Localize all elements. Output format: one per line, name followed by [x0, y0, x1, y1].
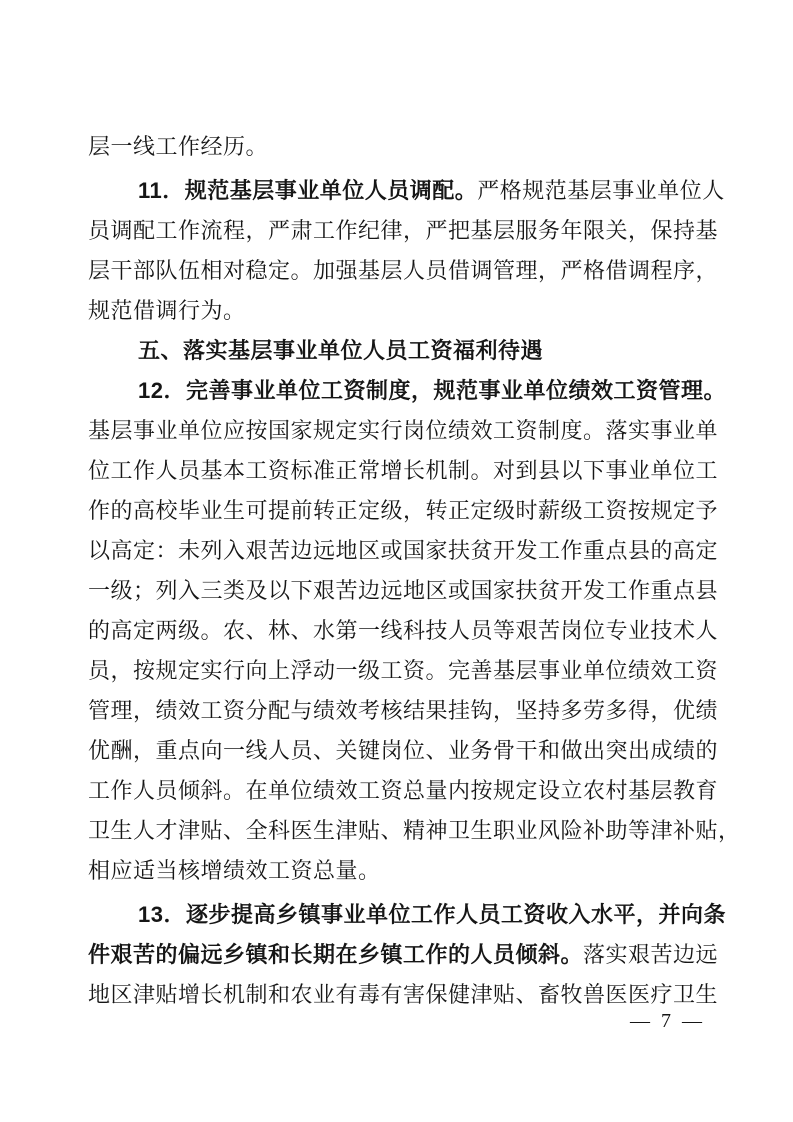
- text-line: 以高定：未列入艰苦边远地区或国家扶贫开发工作重点县的高定: [88, 531, 728, 571]
- text-segment: 层一线工作经历。: [88, 134, 268, 159]
- text-segment: 落实艰苦边远: [583, 942, 718, 967]
- document-page: 层一线工作经历。11．规范基层事业单位人员调配。严格规范基层事业单位人员调配工作…: [0, 0, 793, 1122]
- page-number: — 7 —: [630, 1010, 705, 1033]
- text-line: 相应适当核增绩效工资总量。: [88, 851, 728, 891]
- text-line: 的高定两级。农、林、水第一线科技人员等艰苦岗位专业技术人: [88, 611, 728, 651]
- text-segment: 地区津贴增长机制和农业有毒有害保健津贴、畜牧兽医医疗卫生: [88, 982, 718, 1007]
- text-segment: 基层事业单位应按国家规定实行岗位绩效工资制度。落实事业单: [88, 418, 718, 443]
- text-line: 一级；列入三类及以下艰苦边远地区或国家扶贫开发工作重点县: [88, 571, 728, 611]
- text-segment: 相应适当核增绩效工资总量。: [88, 858, 381, 883]
- document-body: 层一线工作经历。11．规范基层事业单位人员调配。严格规范基层事业单位人员调配工作…: [88, 127, 728, 1015]
- text-segment: 员，按规定实行向上浮动一级工资。完善基层事业单位绩效工资: [88, 658, 718, 683]
- text-segment: 作的高校毕业生可提前转正定级，转正定级时薪级工资按规定予: [88, 498, 718, 523]
- text-segment: 一级；列入三类及以下艰苦边远地区或国家扶贫开发工作重点县: [88, 578, 718, 603]
- text-segment: 优酬，重点向一线人员、关键岗位、业务骨干和做出突出成绩的: [88, 738, 718, 763]
- text-line: 件艰苦的偏远乡镇和长期在乡镇工作的人员倾斜。落实艰苦边远: [88, 935, 728, 975]
- text-segment: 五、落实基层事业单位人员工资福利待遇: [138, 338, 543, 363]
- text-segment: 以高定：未列入艰苦边远地区或国家扶贫开发工作重点县的高定: [88, 538, 718, 563]
- text-segment: 规范借调行为。: [88, 298, 246, 323]
- text-line: 规范借调行为。: [88, 291, 728, 331]
- text-segment: 管理，绩效工资分配与绩效考核结果挂钩，坚持多劳多得，优绩: [88, 698, 718, 723]
- text-segment: 的高定两级。农、林、水第一线科技人员等艰苦岗位专业技术人: [88, 618, 718, 643]
- text-line: 12．完善事业单位工资制度，规范事业单位绩效工资管理。: [88, 371, 728, 411]
- text-line: 作的高校毕业生可提前转正定级，转正定级时薪级工资按规定予: [88, 491, 728, 531]
- text-segment: 13．逐步提高乡镇事业单位工作人员工资收入水平，并向条: [138, 902, 726, 927]
- text-segment: 员调配工作流程，严肃工作纪律，严把基层服务年限关，保持基: [88, 218, 718, 243]
- text-line: 优酬，重点向一线人员、关键岗位、业务骨干和做出突出成绩的: [88, 731, 728, 771]
- text-segment: 工作人员倾斜。在单位绩效工资总量内按规定设立农村基层教育: [88, 778, 718, 803]
- text-line: 13．逐步提高乡镇事业单位工作人员工资收入水平，并向条: [88, 895, 728, 935]
- section-heading: 五、落实基层事业单位人员工资福利待遇: [88, 331, 728, 371]
- text-line: 层干部队伍相对稳定。加强基层人员借调管理，严格借调程序，: [88, 251, 728, 291]
- text-line: 卫生人才津贴、全科医生津贴、精神卫生职业风险补助等津补贴，: [88, 811, 728, 851]
- text-segment: 严格规范基层事业单位人: [477, 178, 725, 203]
- text-line: 基层事业单位应按国家规定实行岗位绩效工资制度。落实事业单: [88, 411, 728, 451]
- text-segment: 层干部队伍相对稳定。加强基层人员借调管理，严格借调程序，: [88, 258, 718, 283]
- text-line: 层一线工作经历。: [88, 127, 728, 167]
- text-segment: 11．规范基层事业单位人员调配。: [138, 178, 477, 203]
- text-line: 11．规范基层事业单位人员调配。严格规范基层事业单位人: [88, 171, 728, 211]
- text-line: 地区津贴增长机制和农业有毒有害保健津贴、畜牧兽医医疗卫生: [88, 975, 728, 1015]
- text-line: 员调配工作流程，严肃工作纪律，严把基层服务年限关，保持基: [88, 211, 728, 251]
- text-line: 管理，绩效工资分配与绩效考核结果挂钩，坚持多劳多得，优绩: [88, 691, 728, 731]
- text-segment: 卫生人才津贴、全科医生津贴、精神卫生职业风险补助等津补贴，: [88, 818, 741, 843]
- text-segment: 件艰苦的偏远乡镇和长期在乡镇工作的人员倾斜。: [88, 942, 583, 967]
- text-line: 工作人员倾斜。在单位绩效工资总量内按规定设立农村基层教育: [88, 771, 728, 811]
- text-segment: 位工作人员基本工资标准正常增长机制。对到县以下事业单位工: [88, 458, 718, 483]
- text-line: 员，按规定实行向上浮动一级工资。完善基层事业单位绩效工资: [88, 651, 728, 691]
- text-line: 位工作人员基本工资标准正常增长机制。对到县以下事业单位工: [88, 451, 728, 491]
- text-segment: 12．完善事业单位工资制度，规范事业单位绩效工资管理。: [138, 378, 726, 403]
